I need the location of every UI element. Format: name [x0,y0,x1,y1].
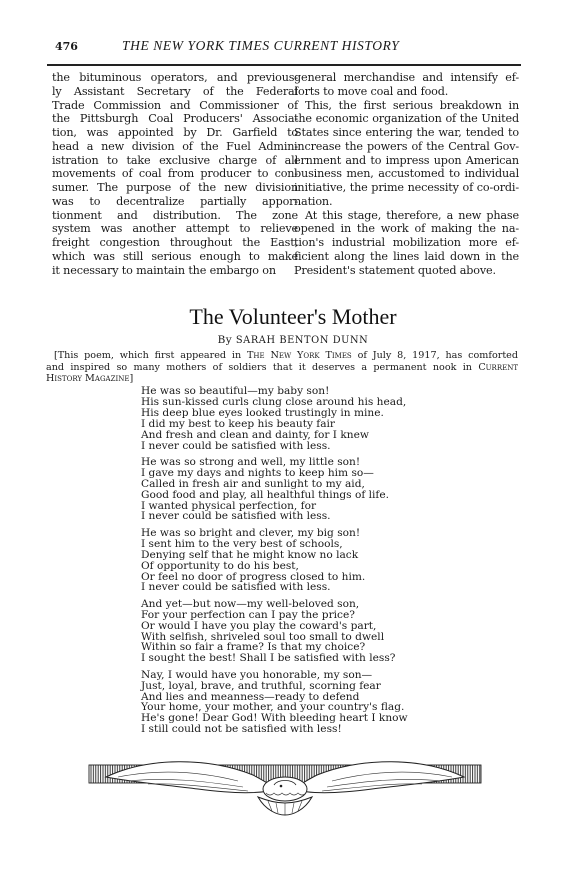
text-line: sumer. The purpose of the new division [52,181,298,195]
poem-line: Of opportunity to do his best, [141,561,408,572]
poem-line: I did my best to keep his beauty fair [141,419,408,430]
text-line: business men, accustomed to individual [294,167,519,181]
text-line: tion's industrial mobilization more ef- [294,236,519,250]
eagle-banner-icon [88,755,482,817]
text-line: head a new division of the Fuel Admin- [52,140,298,154]
text-line: initiative, the prime necessity of co-or… [294,181,519,195]
poem-line: Just, loyal, brave, and truthful, scorni… [141,681,408,692]
text-line: the Pittsburgh Coal Producers' Associa- [52,112,298,126]
paragraph: general merchandise and intensify ef-for… [294,71,519,99]
poem-line: I never could be satisfied with less. [141,441,408,452]
poem-body: He was so beautiful—my baby son!His sun-… [141,386,408,741]
note-line: [This poem, which first appeared in The … [46,350,518,362]
poem-line: I never could be satisfied with less. [141,511,408,522]
poem-stanza: And yet—but now—my well-beloved son,For … [141,599,408,664]
text-line: tionment and distribution. The zone [52,209,298,223]
text-line: it necessary to maintain the embargo on [52,264,298,278]
poem-line: And fresh and clean and dainty, for I kn… [141,430,408,441]
note-line: History Magazine] [46,373,518,385]
note-line: and inspired so many mothers of soldiers… [46,362,518,374]
poem-stanza: He was so bright and clever, my big son!… [141,528,408,593]
poem-title: The Volunteer's Mother [0,304,586,330]
page-number: 476 [55,40,78,53]
byline-prefix: By [218,334,232,346]
poem-line: Or would I have you play the coward's pa… [141,621,408,632]
magazine-name: History Magazine [46,373,129,384]
text-line: was to decentralize partially appor- [52,195,298,209]
text-line: general merchandise and intensify ef- [294,71,519,85]
header-rule [47,64,521,66]
text-line: ernment and to impress upon American [294,154,519,168]
text-line: freight congestion throughout the East, [52,236,298,250]
text-line: ficient along the lines laid down in the [294,250,519,264]
article-right-column: general merchandise and intensify ef-for… [294,71,519,277]
poem-stanza: He was so beautiful—my baby son!His sun-… [141,386,408,451]
text-line: ly Assistant Secretary of the Federal [52,85,298,99]
magazine-name: Current [478,362,518,373]
text-line: the economic organization of the United [294,112,519,126]
poem-line: I sought the best! Shall I be satisfied … [141,653,408,664]
text-line: the bituminous operators, and previous- [52,71,298,85]
publication-name: The New York Times [247,350,352,361]
poem-line: Good food and play, all healthful things… [141,490,408,501]
text-line: opened in the work of making the na- [294,222,519,236]
poem-line: I never could be satisfied with less. [141,582,408,593]
poem-author: SARAH BENTON DUNN [236,335,369,346]
text-line: tion, was appointed by Dr. Garfield to [52,126,298,140]
text-line: At this stage, therefore, a new phase [294,209,519,223]
text-line: President's statement quoted above. [294,264,519,278]
text-line: istration to take exclusive charge of al… [52,154,298,168]
text-line: which was still serious enough to make [52,250,298,264]
paragraph: This, the first serious breakdown inthe … [294,99,519,209]
editorial-note: [This poem, which first appeared in The … [46,350,518,385]
poem-stanza: Nay, I would have you honorable, my son—… [141,670,408,735]
poem-line: I still could not be satisfied with less… [141,724,408,735]
text-line: system was another attempt to relieve [52,222,298,236]
text-line: movements of coal from producer to con- [52,167,298,181]
text-line: forts to move coal and food. [294,85,519,99]
text-line: Trade Commission and Commissioner of [52,99,298,113]
text-line: nation. [294,195,519,209]
running-head: THE NEW YORK TIMES CURRENT HISTORY [122,38,399,54]
poem-byline: By SARAH BENTON DUNN [0,334,586,346]
poem-line: For your perfection can I pay the price? [141,610,408,621]
poem-line: Denying self that he might know no lack [141,550,408,561]
text-line: States since entering the war, tended to [294,126,519,140]
article-left-column: the bituminous operators, and previous-l… [52,71,298,277]
paragraph: At this stage, therefore, a new phaseope… [294,209,519,278]
text-line: This, the first serious breakdown in [294,99,519,113]
poem-stanza: He was so strong and well, my little son… [141,457,408,522]
text-line: increase the powers of the Central Gov- [294,140,519,154]
